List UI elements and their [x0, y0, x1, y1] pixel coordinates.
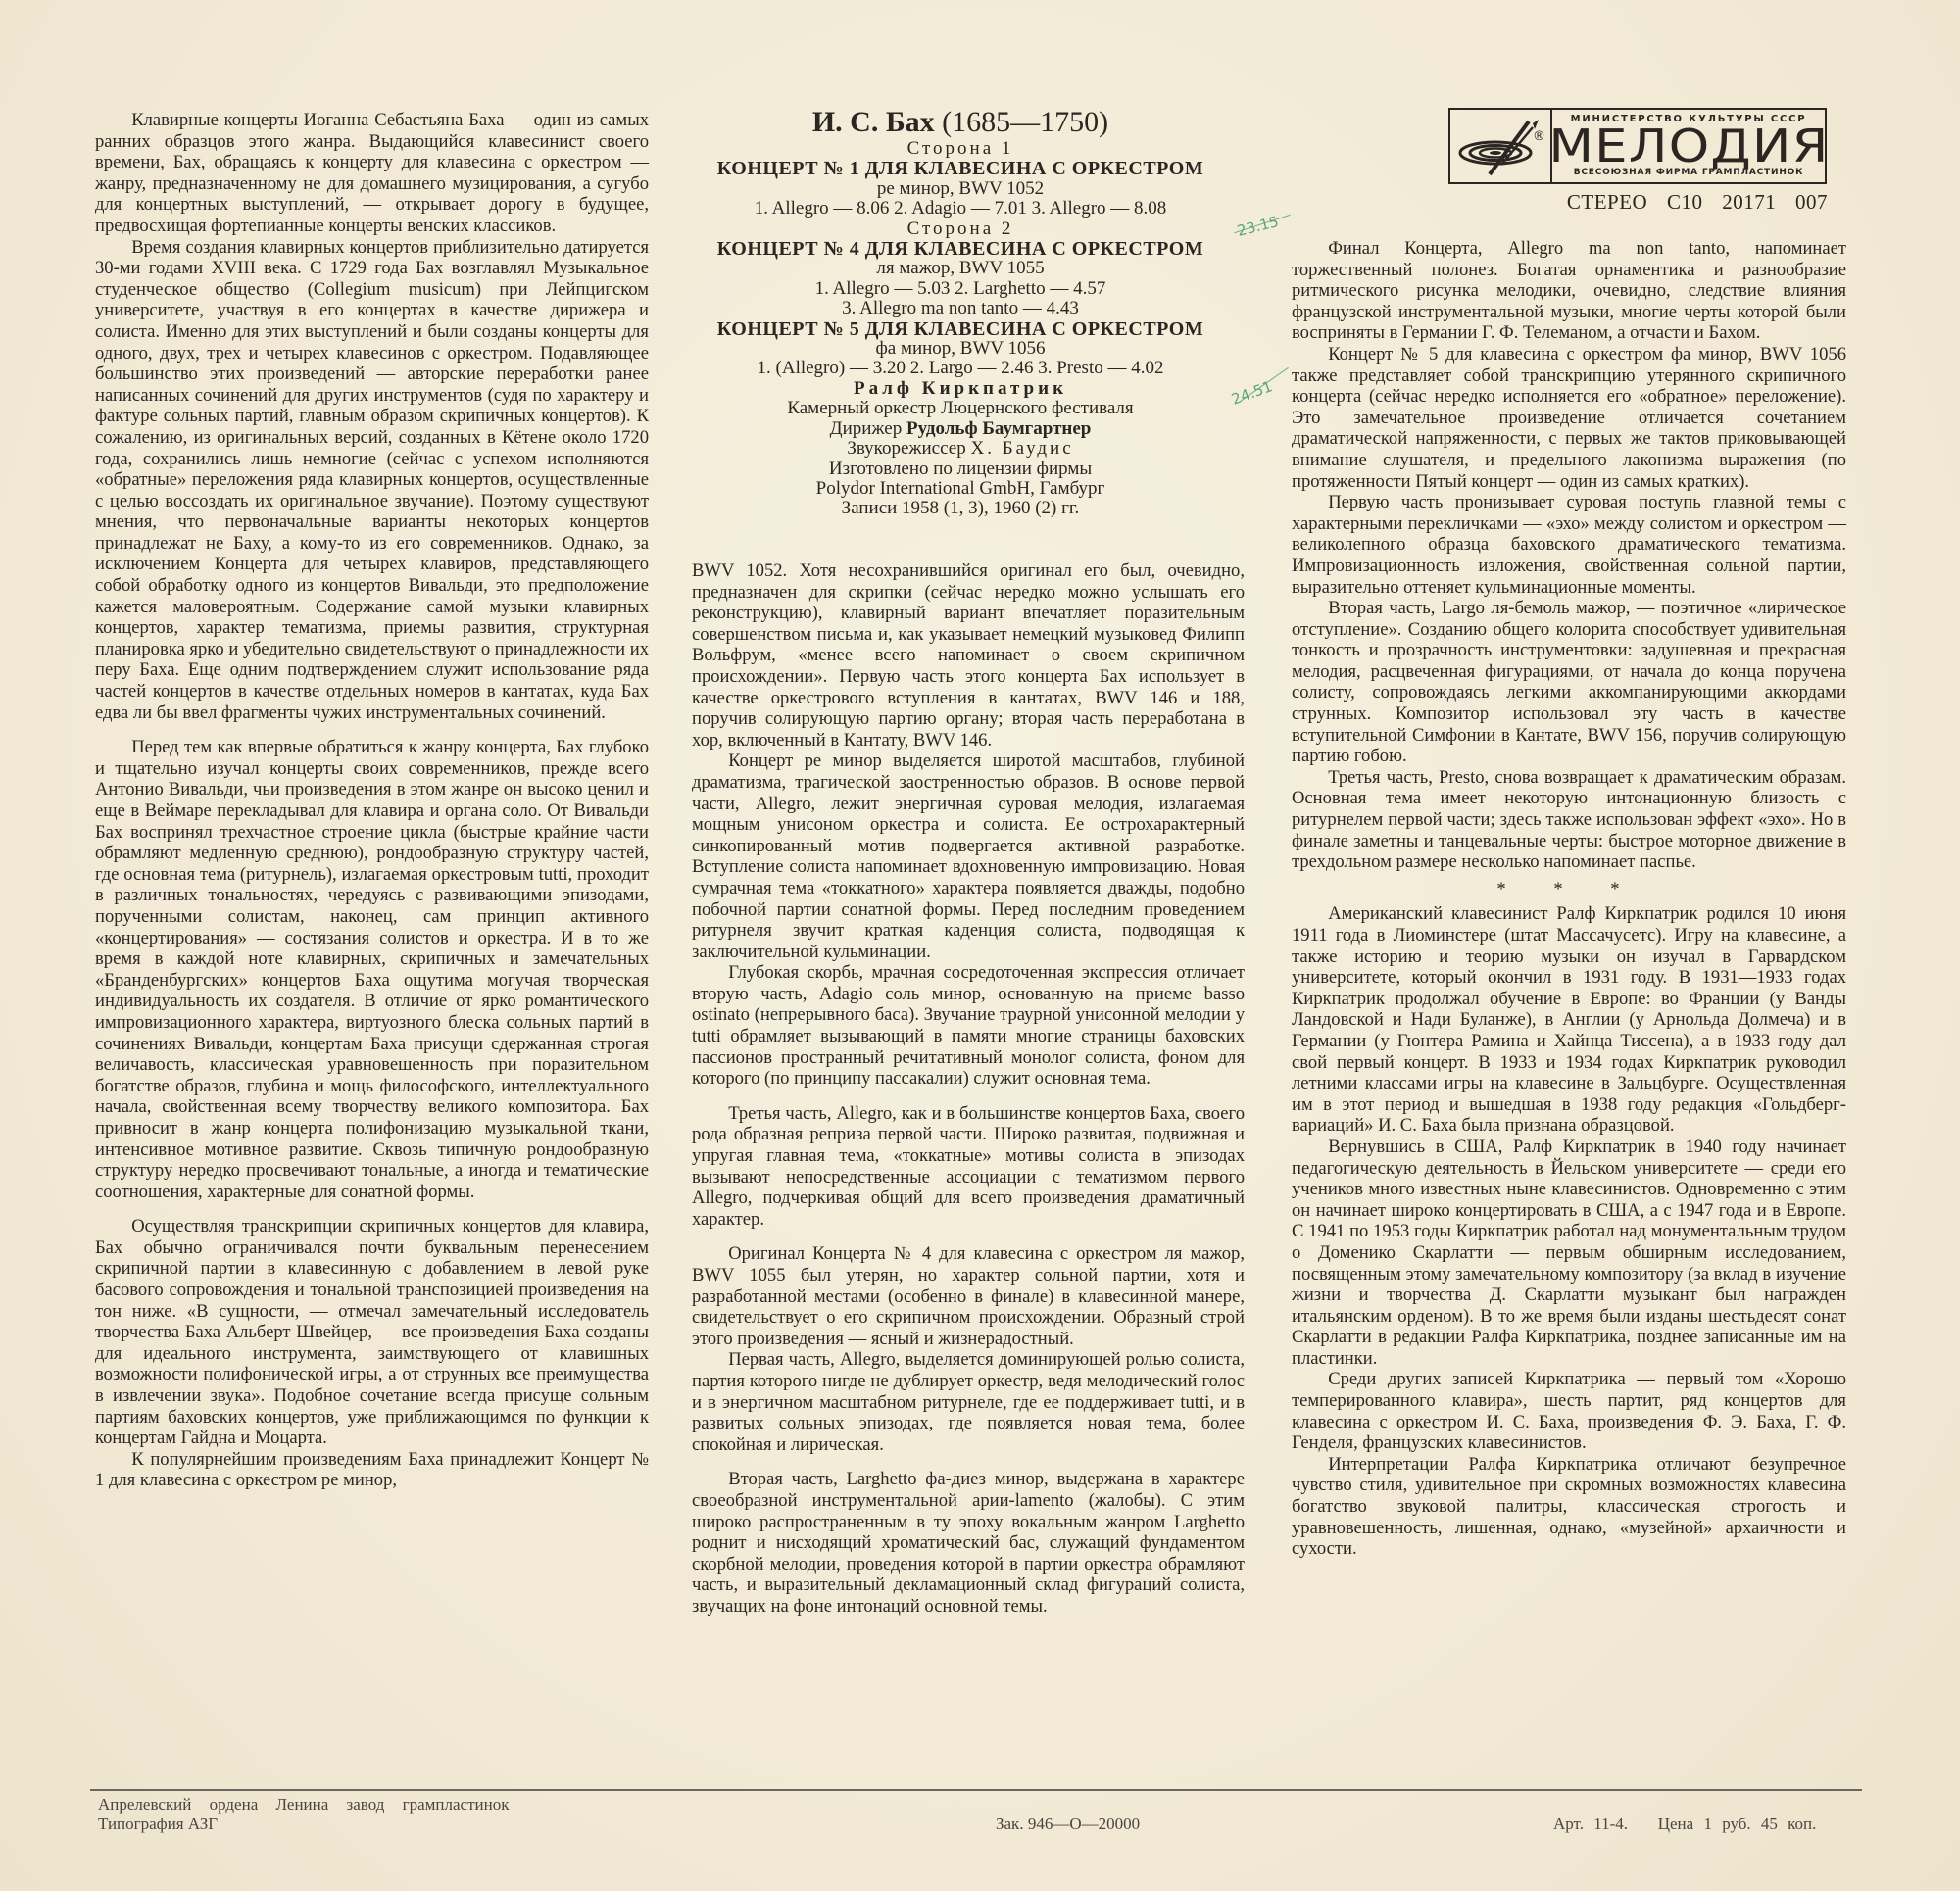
composer-name: И. С. Бах: [812, 106, 935, 138]
license-line-2: Polydor International GmbH, Гамбург: [686, 479, 1235, 499]
paragraph: Среди других записей Киркпатрика — первы…: [1292, 1369, 1846, 1453]
section-separator: * * *: [1292, 879, 1846, 900]
concert-4-movements: 1. Allegro — 5.03 2. Larghetto — 4.57: [686, 279, 1235, 299]
paragraph: BWV 1052. Хотя несохранившийся оригинал …: [692, 560, 1245, 751]
concert-4-title: КОНЦЕРТ № 4 ДЛЯ КЛАВЕСИНА С ОРКЕСТРОМ: [686, 239, 1235, 259]
handwritten-duration-side-1: 23.15: [1235, 213, 1280, 240]
brand-name: МЕЛОДИЯ: [1548, 125, 1829, 167]
paragraph: Финал Концерта, Allegro ma non tanto, на…: [1292, 238, 1846, 344]
recording-years: Записи 1958 (1, 3), 1960 (2) гг.: [686, 499, 1235, 518]
concert-5-movements: 1. (Allegro) — 3.20 2. Largo — 2.46 3. P…: [686, 359, 1235, 378]
record-sleeve-back: Клавирные концерты Иоганна Себастьяна Ба…: [0, 0, 1960, 1891]
liner-notes-left-column: Клавирные концерты Иоганна Себастьяна Ба…: [95, 110, 649, 1491]
paragraph: Третья часть, Allegro, как и в большинст…: [692, 1103, 1245, 1231]
paragraph: Вернувшись в США, Ралф Киркпатрик в 1940…: [1292, 1137, 1846, 1370]
engineer-name: Х. Баудис: [970, 438, 1073, 459]
concert-1-movements: 1. Allegro — 8.06 2. Adagio — 7.01 3. Al…: [686, 199, 1235, 218]
paragraph: Интерпретации Ралфа Киркпатрика отличают…: [1292, 1454, 1846, 1560]
price: Цена 1 руб. 45 коп.: [1658, 1815, 1817, 1833]
paragraph: Оригинал Концерта № 4 для клавесина с ор…: [692, 1243, 1245, 1349]
side-1-label: Сторона 1: [686, 139, 1235, 159]
concert-5-title: КОНЦЕРТ № 5 ДЛЯ КЛАВЕСИНА С ОРКЕСТРОМ: [686, 319, 1235, 339]
order-number: Зак. 946—О—20000: [996, 1815, 1140, 1834]
engineer-credit: Звукорежиссер Х. Баудис: [686, 439, 1235, 459]
melodiya-logo: ® МИНИСТЕРСТВО КУЛЬТУРЫ СССР МЕЛОДИЯ ВСЕ…: [1448, 108, 1827, 184]
conductor-name: Рудольф Баумгартнер: [906, 418, 1091, 439]
paragraph: Вторая часть, Larghetto фа-диез минор, в…: [692, 1469, 1245, 1617]
paragraph: Американский клавесинист Ралф Киркпатрик…: [1292, 903, 1846, 1137]
catalog-number: С10 20171 007: [1667, 190, 1828, 214]
liner-notes-right-column: Финал Концерта, Allegro ma non tanto, на…: [1292, 238, 1846, 1560]
paragraph: Первая часть, Allegro, выделяется домини…: [692, 1349, 1245, 1455]
melodiya-record-emblem-icon: ®: [1450, 110, 1552, 182]
conductor-label: Дирижер: [830, 418, 903, 439]
composer-title: И. С. Бах (1685—1750): [686, 106, 1235, 139]
composer-years: (1685—1750): [942, 106, 1108, 138]
price-info: Арт. 11-4. Цена 1 руб. 45 коп.: [1553, 1815, 1816, 1834]
paragraph: Концерт № 5 для клавесина с оркестром фа…: [1292, 344, 1846, 492]
concert-4-movements-cont: 3. Allegro ma non tanto — 4.43: [686, 299, 1235, 318]
side-2-label: Сторона 2: [686, 219, 1235, 239]
soloist-name: Ралф Киркпатрик: [686, 379, 1235, 399]
paragraph: Первую часть пронизывает суровая поступь…: [1292, 492, 1846, 598]
paragraph: Осуществляя транскрипции скрипичных конц…: [95, 1216, 649, 1449]
conductor-credit: Дирижер Рудольф Баумгартнер: [686, 419, 1235, 439]
paragraph: Время создания клавирных концертов прибл…: [95, 237, 649, 724]
paragraph: Глубокая скорбь, мрачная сосредоточенная…: [692, 962, 1245, 1090]
article-code: Арт. 11-4.: [1553, 1815, 1628, 1833]
concert-4-key: ля мажор, BWV 1055: [686, 259, 1235, 278]
concert-1-key: ре минор, BWV 1052: [686, 179, 1235, 199]
registered-mark: ®: [1533, 129, 1545, 144]
concert-1-title: КОНЦЕРТ № 1 ДЛЯ КЛАВЕСИНА С ОРКЕСТРОМ: [686, 159, 1235, 178]
paragraph: Клавирные концерты Иоганна Себастьяна Ба…: [95, 110, 649, 237]
catalog-line: СТЕРЕО С10 20171 007: [1543, 190, 1828, 215]
paragraph: Концерт ре минор выделяется широтой масш…: [692, 751, 1245, 962]
concert-5-key: фа минор, BWV 1056: [686, 339, 1235, 359]
track-listing: И. С. Бах (1685—1750) Сторона 1 КОНЦЕРТ …: [686, 106, 1235, 519]
paragraph: Перед тем как впервые обратиться к жанру…: [95, 737, 649, 1202]
melodiya-wordmark: МИНИСТЕРСТВО КУЛЬТУРЫ СССР МЕЛОДИЯ ВСЕСО…: [1552, 110, 1825, 182]
audio-format: СТЕРЕО: [1567, 190, 1647, 214]
paragraph: Вторая часть, Largo ля-бемоль мажор, — п…: [1292, 598, 1846, 767]
engineer-label: Звукорежиссер: [847, 438, 965, 459]
printing-house: Типография АЗГ: [98, 1815, 509, 1834]
liner-notes-middle-column: BWV 1052. Хотя несохранившийся оригинал …: [692, 560, 1245, 1618]
footer-imprint: Апрелевский ордена Ленина завод грамплас…: [98, 1795, 509, 1834]
pressing-plant: Апрелевский ордена Ленина завод грамплас…: [98, 1795, 509, 1815]
handwritten-duration-side-2: 24.51: [1229, 377, 1275, 409]
paragraph: К популярнейшим произведениям Баха прина…: [95, 1449, 649, 1491]
paragraph: Третья часть, Presto, снова возвращает к…: [1292, 767, 1846, 873]
footer-divider: [90, 1789, 1862, 1791]
license-line-1: Изготовлено по лицензии фирмы: [686, 460, 1235, 479]
orchestra-name: Камерный оркестр Люцернского фестиваля: [686, 399, 1235, 418]
